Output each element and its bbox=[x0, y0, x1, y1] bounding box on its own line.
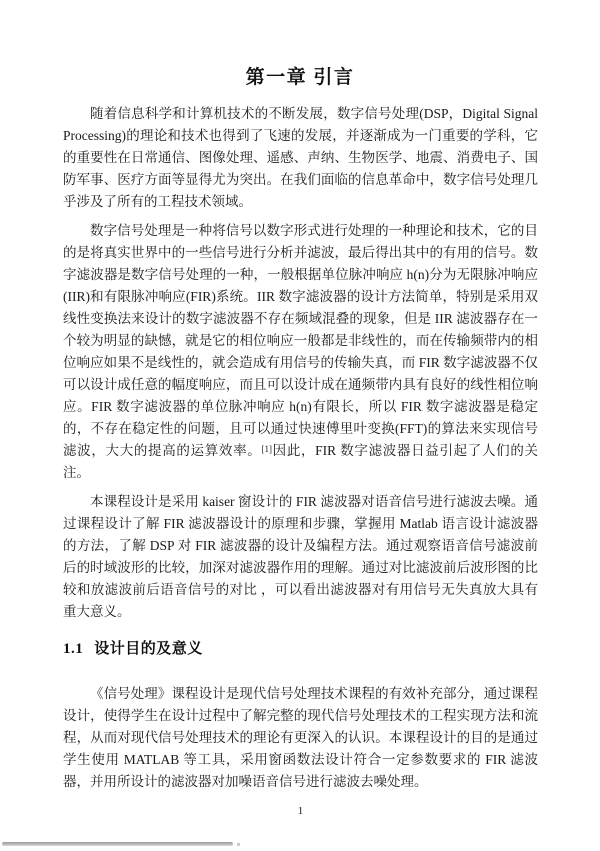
horizontal-scrollbar-end-cap bbox=[237, 843, 240, 846]
document-page: { "doc": { "title": "第一章 引言", "paragraph… bbox=[0, 0, 600, 851]
section-number: 1.1 bbox=[63, 641, 83, 657]
section-title: 设计目的及意义 bbox=[94, 641, 203, 657]
chapter-title: 第一章 引言 bbox=[0, 0, 600, 89]
section-heading: 1.1设计目的及意义 bbox=[63, 637, 538, 658]
content-area: 随着信息科学和计算机技术的不断发展，数字信号处理(DSP，Digital Sig… bbox=[63, 103, 538, 817]
paragraph-course-design: 本课程设计是采用 kaiser 窗设计的 FIR 滤波器对语音信号进行滤波去噪。… bbox=[63, 491, 538, 623]
citation-ref-1: [1] bbox=[261, 444, 272, 454]
horizontal-scrollbar-thumb[interactable] bbox=[2, 842, 233, 846]
paragraph-purpose: 《信号处理》课程设计是现代信号处理技术课程的有效补充部分，通过课程设计，使得学生… bbox=[63, 683, 538, 793]
paragraph-dsp-filters: 数字信号处理是一种将信号以数字形式进行处理的一种理论和技术，它的目的是将真实世界… bbox=[63, 220, 538, 484]
page-number: 1 bbox=[63, 805, 538, 817]
paragraph-dsp-filters-text: 数字信号处理是一种将信号以数字形式进行处理的一种理论和技术，它的目的是将真实世界… bbox=[63, 223, 538, 458]
paragraph-intro: 随着信息科学和计算机技术的不断发展，数字信号处理(DSP，Digital Sig… bbox=[63, 103, 538, 213]
